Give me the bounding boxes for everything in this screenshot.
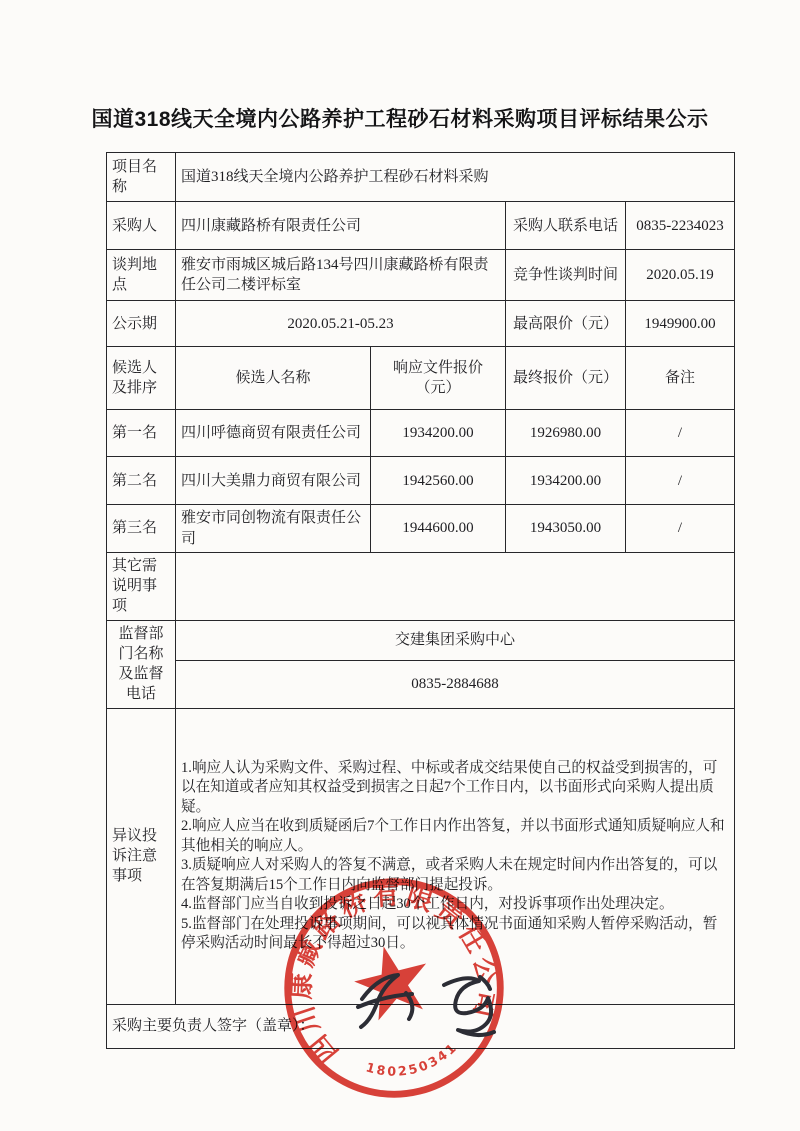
objection-item-2: 2.响应人应当在收到质疑函后7个工作日内作出答复，并以书面形式通知质疑响应人和其… xyxy=(181,817,729,856)
publicity-label: 公示期 xyxy=(107,301,176,347)
table-row-supervision-name: 监督部门名称及监督电话 交建集团采购中心 xyxy=(107,620,735,661)
candidate-3-name: 雅安市同创物流有限责任公司 xyxy=(176,505,371,553)
objection-label: 异议投诉注意事项 xyxy=(107,708,176,1004)
candidate-2-final-price: 1934200.00 xyxy=(506,457,626,505)
supervision-name: 交建集团采购中心 xyxy=(176,620,735,661)
candidate-header-remark: 备注 xyxy=(626,347,735,410)
supervision-phone: 0835-2884688 xyxy=(176,661,735,708)
page-title: 国道318线天全境内公路养护工程砂石材料采购项目评标结果公示 xyxy=(0,0,800,133)
candidate-3-remark: / xyxy=(626,505,735,553)
objection-item-4: 4.监督部门应当自收到投诉之日起30个工作日内，对投诉事项作出处理决定。 xyxy=(181,895,729,915)
other-notes-value xyxy=(176,552,735,620)
table-row-purchaser: 采购人 四川康藏路桥有限责任公司 采购人联系电话 0835-2234023 xyxy=(107,202,735,250)
candidate-header-doc-price: 响应文件报价（元） xyxy=(371,347,506,410)
document-page: 国道318线天全境内公路养护工程砂石材料采购项目评标结果公示 项目名称 国道31… xyxy=(0,0,800,1131)
table-row-supervision-phone: 0835-2884688 xyxy=(107,661,735,708)
purchaser-phone-label: 采购人联系电话 xyxy=(506,202,626,250)
publicity-value: 2020.05.21-05.23 xyxy=(176,301,506,347)
candidate-header-final-price: 最终报价（元） xyxy=(506,347,626,410)
table-row-signature: 采购主要负责人签字（盖章）： xyxy=(107,1004,735,1048)
objection-text-cell: 1.响应人认为采购文件、采购过程、中标或者成交结果使自己的权益受到损害的，可以在… xyxy=(176,708,735,1004)
candidate-3-rank: 第三名 xyxy=(107,505,176,553)
candidate-1-doc-price: 1934200.00 xyxy=(371,410,506,457)
candidate-1-remark: / xyxy=(626,410,735,457)
max-price-value: 1949900.00 xyxy=(626,301,735,347)
candidate-2-doc-price: 1942560.00 xyxy=(371,457,506,505)
negotiation-value: 雅安市雨城区城后路134号四川康藏路桥有限责任公司二楼评标室 xyxy=(176,250,506,301)
table-row-candidate-1: 第一名 四川呼德商贸有限责任公司 1934200.00 1926980.00 / xyxy=(107,410,735,457)
max-price-label: 最高限价（元） xyxy=(506,301,626,347)
objection-item-1: 1.响应人认为采购文件、采购过程、中标或者成交结果使自己的权益受到损害的，可以在… xyxy=(181,759,729,818)
candidate-2-rank: 第二名 xyxy=(107,457,176,505)
purchaser-label: 采购人 xyxy=(107,202,176,250)
project-label: 项目名称 xyxy=(107,153,176,202)
objection-item-5: 5.监督部门在处理投诉事项期间，可以视具体情况书面通知采购人暂停采购活动，暂停采… xyxy=(181,915,729,954)
candidate-header-name: 候选人名称 xyxy=(176,347,371,410)
candidate-2-name: 四川大美鼎力商贸有限公司 xyxy=(176,457,371,505)
candidate-1-name: 四川呼德商贸有限责任公司 xyxy=(176,410,371,457)
negotiation-time-value: 2020.05.19 xyxy=(626,250,735,301)
table-row-publicity: 公示期 2020.05.21-05.23 最高限价（元） 1949900.00 xyxy=(107,301,735,347)
table-row-objection: 异议投诉注意事项 1.响应人认为采购文件、采购过程、中标或者成交结果使自己的权益… xyxy=(107,708,735,1004)
table-row-project: 项目名称 国道318线天全境内公路养护工程砂石材料采购 xyxy=(107,153,735,202)
table-row-candidate-header: 候选人及排序 候选人名称 响应文件报价（元） 最终报价（元） 备注 xyxy=(107,347,735,410)
supervision-label: 监督部门名称及监督电话 xyxy=(107,620,176,708)
objection-item-3: 3.质疑响应人对采购人的答复不满意，或者采购人未在规定时间内作出答复的，可以在答… xyxy=(181,856,729,895)
candidate-header-label: 候选人及排序 xyxy=(107,347,176,410)
negotiation-label: 谈判地点 xyxy=(107,250,176,301)
purchaser-value: 四川康藏路桥有限责任公司 xyxy=(176,202,506,250)
table-row-other-notes: 其它需说明事项 xyxy=(107,552,735,620)
table-row-candidate-2: 第二名 四川大美鼎力商贸有限公司 1942560.00 1934200.00 / xyxy=(107,457,735,505)
table-row-candidate-3: 第三名 雅安市同创物流有限责任公司 1944600.00 1943050.00 … xyxy=(107,505,735,553)
candidate-1-final-price: 1926980.00 xyxy=(506,410,626,457)
candidate-2-remark: / xyxy=(626,457,735,505)
table-row-negotiation: 谈判地点 雅安市雨城区城后路134号四川康藏路桥有限责任公司二楼评标室 竞争性谈… xyxy=(107,250,735,301)
candidate-1-rank: 第一名 xyxy=(107,410,176,457)
project-value: 国道318线天全境内公路养护工程砂石材料采购 xyxy=(176,153,735,202)
candidate-3-doc-price: 1944600.00 xyxy=(371,505,506,553)
purchaser-phone-value: 0835-2234023 xyxy=(626,202,735,250)
signature-label: 采购主要负责人签字（盖章）： xyxy=(107,1004,735,1048)
candidate-3-final-price: 1943050.00 xyxy=(506,505,626,553)
results-table: 项目名称 国道318线天全境内公路养护工程砂石材料采购 采购人 四川康藏路桥有限… xyxy=(106,152,735,1048)
negotiation-time-label: 竞争性谈判时间 xyxy=(506,250,626,301)
other-notes-label: 其它需说明事项 xyxy=(107,552,176,620)
